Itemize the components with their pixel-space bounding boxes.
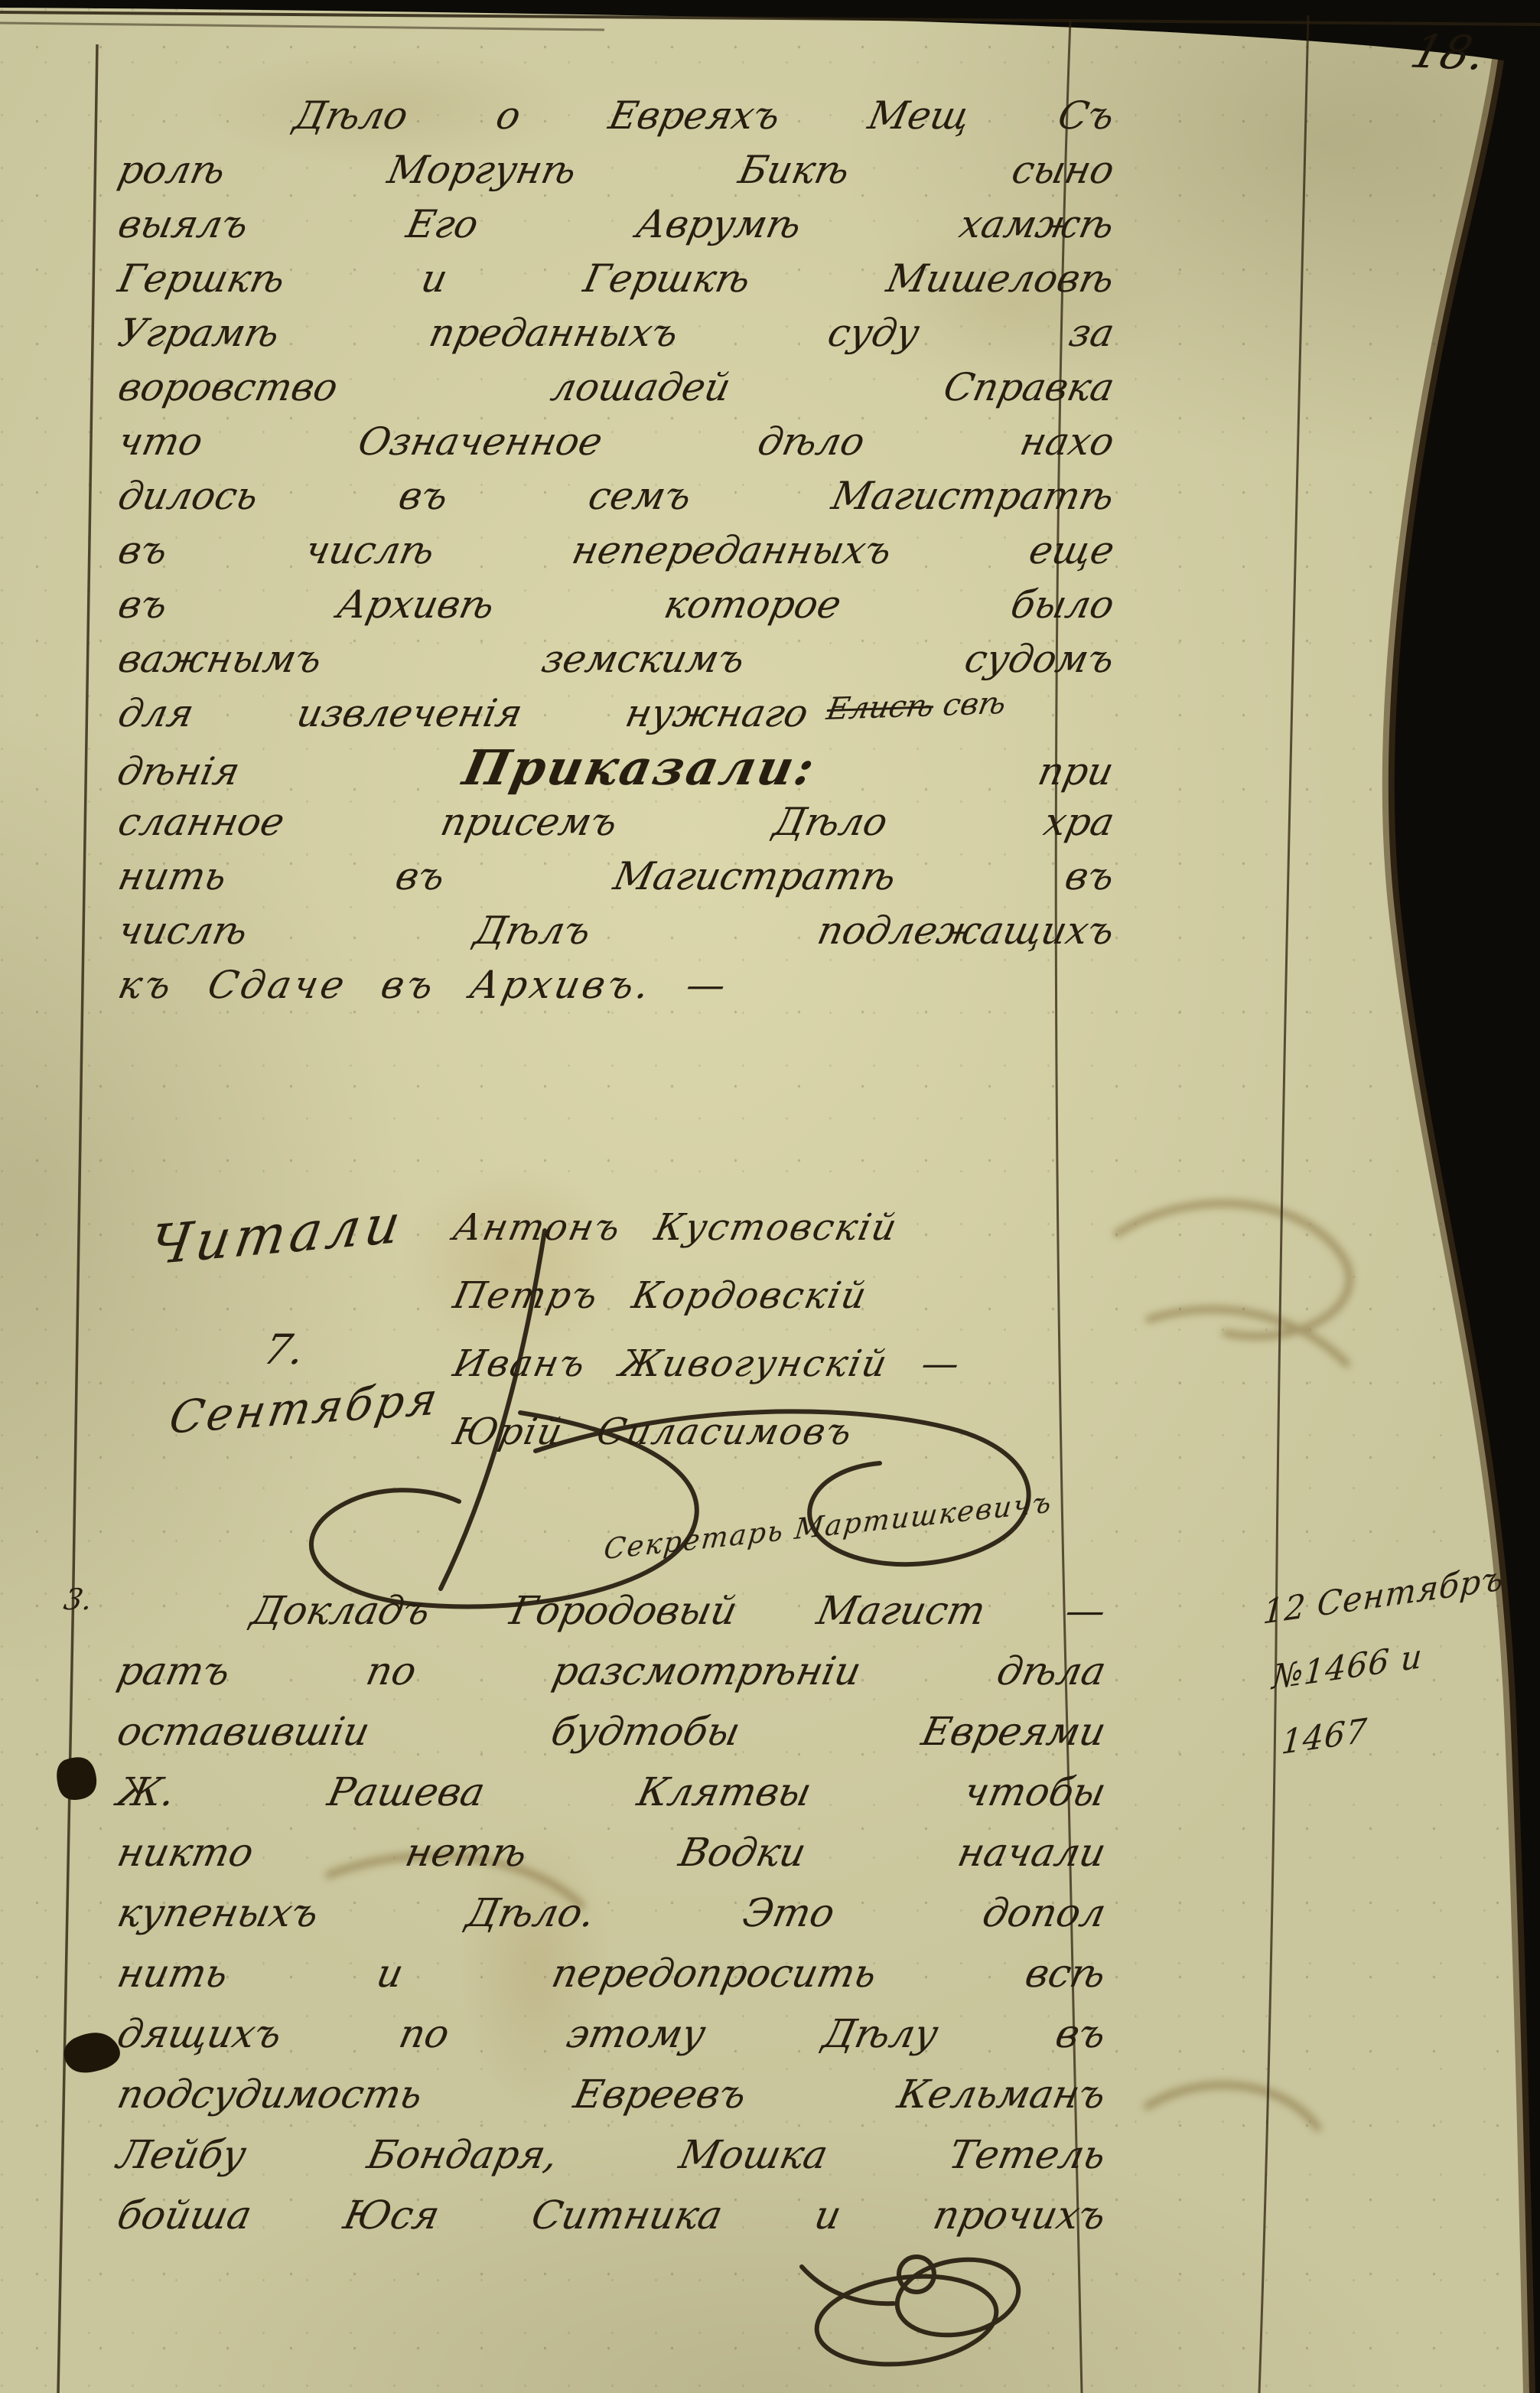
signature-line: Иванъ Живогунскій — — [447, 1330, 1135, 1398]
handwritten-text-line: дилось въ семъ Магистратѣ — [113, 469, 1119, 523]
handwritten-text-line: нить и передопросить всѣ — [112, 1944, 1112, 2004]
inserted-word: свѣ — [930, 686, 1009, 723]
handwritten-text-line: купеныхъ Дѣло. Это допол — [112, 1883, 1112, 1944]
handwritten-text-line: сланное присемъ Дѣло хра — [113, 795, 1119, 849]
handwritten-text-line: никто нетѣ Водки начали — [112, 1823, 1112, 1883]
signatures-block: Антонъ КустовскійПетръ КордовскійИванъ Ж… — [447, 1194, 1120, 1466]
entry2-number: 3. — [61, 1583, 95, 1616]
handwritten-text-line: къ Сдаче въ Архивъ. — — [113, 958, 1119, 1012]
handwritten-text-line: что Означенное дѣло нахо — [113, 415, 1119, 469]
handwritten-text-line: ратъ по разсмотрѣніи дѣла — [112, 1642, 1112, 1702]
handwritten-text-line: оставившіи будтобы Евреями — [112, 1702, 1112, 1762]
handwritten-text-line: важнымъ земскимъ судомъ — [113, 632, 1119, 686]
resolution-post: при — [1034, 749, 1118, 794]
resolution-pre: дѣнія — [113, 749, 243, 794]
handwritten-text-line: выялъ Его Аврумѣ хамжѣ — [113, 197, 1119, 252]
handwritten-text-line: Уграмѣ преданныхъ суду за — [113, 306, 1119, 360]
signature-line: Юрій Силасимовъ — [447, 1398, 1135, 1466]
margin-date-note: 12 Сентябръ№1466 и1467 — [1252, 1545, 1537, 1777]
page-number: 18. — [1405, 24, 1493, 80]
struck-word: Елисѣ — [824, 688, 936, 727]
signature-line: Антонъ Кустовскій — [447, 1194, 1135, 1262]
handwritten-text-line: ролѣ Моргунѣ Бикѣ сыно — [113, 143, 1119, 197]
resolution-line: дѣнія Приказали: при — [113, 741, 1119, 795]
entry1-text-block: Дѣло о Евреяхъ Мещ Съролѣ Моргунѣ Бикѣ с… — [113, 89, 1108, 1012]
resolution-keyword: Приказали: — [458, 739, 822, 796]
handwritten-text-line: воровство лошадей Справка — [113, 360, 1119, 415]
handwritten-text-line: Дѣло о Евреяхъ Мещ Съ — [113, 89, 1119, 143]
entry2-text-block: Докладъ Городовый Магист —ратъ по разсмо… — [112, 1581, 1099, 2246]
handwritten-text-line: въ Архивѣ которое было — [113, 578, 1119, 632]
handwritten-text-line: бойша Юся Ситника и прочихъ — [112, 2186, 1112, 2246]
handwritten-text-line: дящихъ по этому Дѣлу въ — [112, 2004, 1112, 2065]
handwritten-text-line: нить въ Магистратѣ въ — [113, 849, 1119, 904]
handwritten-text-line: Гершкѣ и Гершкѣ Мишеловѣ — [113, 252, 1119, 306]
handwritten-text-line: Докладъ Городовый Магист — — [112, 1581, 1112, 1642]
handwritten-text-line: числѣ Дѣлъ подлежащихъ — [113, 904, 1119, 958]
handwritten-text-line: Ж. Рашева Клятвы чтобы — [112, 1762, 1112, 1823]
struck-correction: Елисѣ свѣ — [824, 686, 1009, 727]
handwritten-text-line: Лейбу Бондаря, Мошка Тетель — [112, 2125, 1112, 2186]
scanned-manuscript-page: 18. Дѣло о Евреяхъ Мещ Съролѣ Моргунѣ Би… — [0, 0, 1540, 2393]
handwritten-text-line: подсудимость Евреевъ Кельманъ — [112, 2065, 1112, 2125]
handwritten-text-line: для извлеченія нужнаго — [113, 686, 813, 741]
signature-line: Петръ Кордовскій — [447, 1262, 1135, 1330]
handwritten-text-line: въ числѣ непереданныхъ еще — [113, 523, 1119, 578]
